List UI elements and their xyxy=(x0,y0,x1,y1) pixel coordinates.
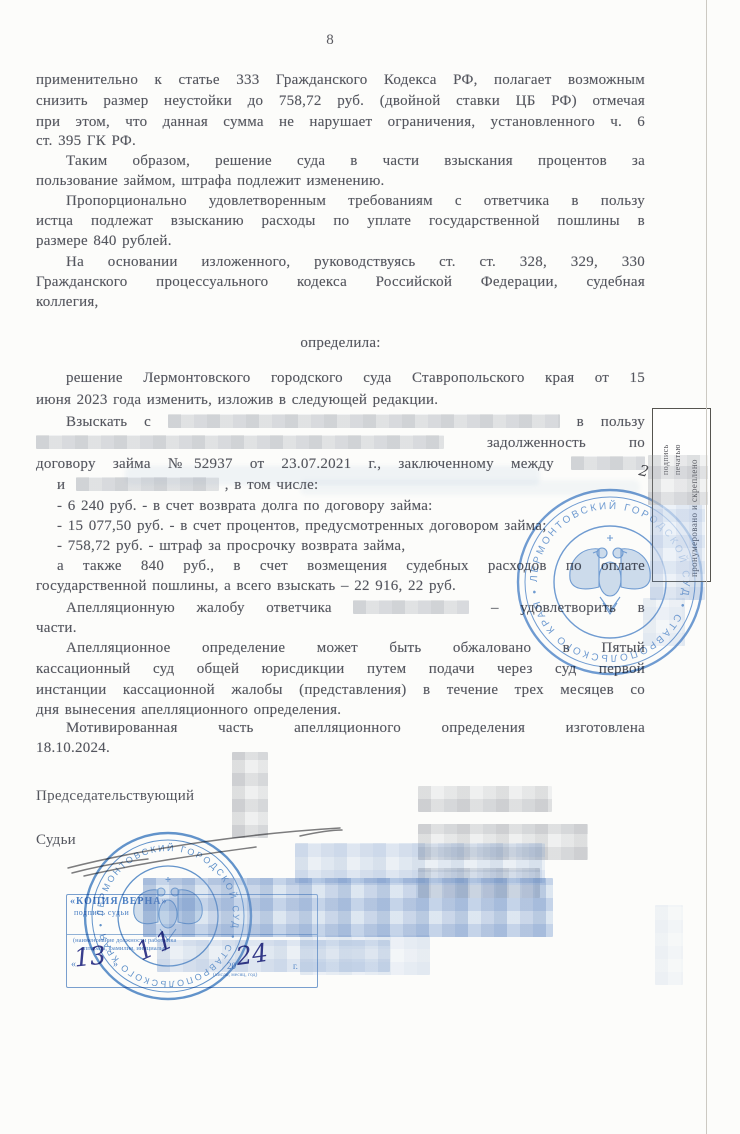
scanned-court-document-page: 8 применительно к статье 333 Гражданског… xyxy=(0,0,740,1134)
handwritten-day: 13 xyxy=(73,940,108,972)
handwritten-year: 24 xyxy=(234,938,270,971)
scan-page-edge xyxy=(706,0,707,1134)
handwritten-signature-strokes xyxy=(0,0,740,1134)
